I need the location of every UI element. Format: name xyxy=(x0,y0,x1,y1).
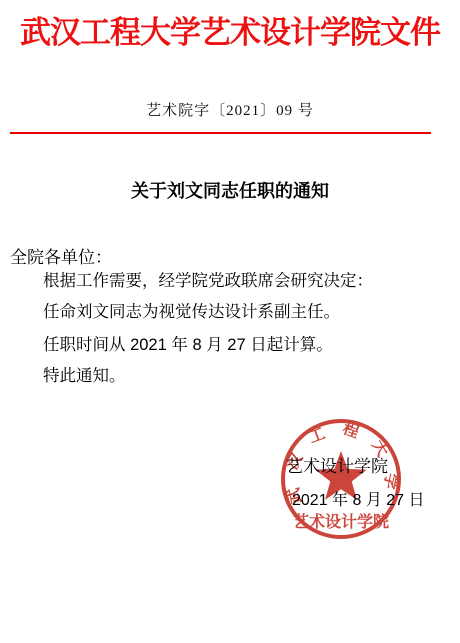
signature-date: 2021 年 8 月 27 日 xyxy=(292,487,425,510)
red-divider-line xyxy=(10,132,431,134)
salutation-line: 全院各单位： xyxy=(10,243,112,268)
body-paragraph: 任命刘文同志为视觉传达设计系副主任。 xyxy=(10,297,450,328)
seal-bottom-text: 艺术设计学院 xyxy=(293,512,389,531)
document-header-title: 武汉工程大学艺术设计学院文件 xyxy=(0,15,460,51)
body-paragraph: 任职时间从 2021 年 8 月 27 日起计算。 xyxy=(10,330,450,361)
signature-org: 艺术设计学院 xyxy=(286,452,388,477)
body-paragraph: 根据工作需要，经学院党政联席会研究决定： xyxy=(10,266,450,297)
official-seal: 武汉工程大学 艺术设计学院 xyxy=(276,414,406,544)
notice-title: 关于刘文同志任职的通知 xyxy=(0,177,460,203)
document-page: 武汉工程大学艺术设计学院文件 艺术院字〔2021〕09 号 关于刘文同志任职的通… xyxy=(0,0,460,643)
document-number: 艺术院字〔2021〕09 号 xyxy=(0,99,460,120)
notice-body: 根据工作需要，经学院党政联席会研究决定： 任命刘文同志为视觉传达设计系副主任。 … xyxy=(10,266,450,392)
body-paragraph: 特此通知。 xyxy=(10,361,450,392)
